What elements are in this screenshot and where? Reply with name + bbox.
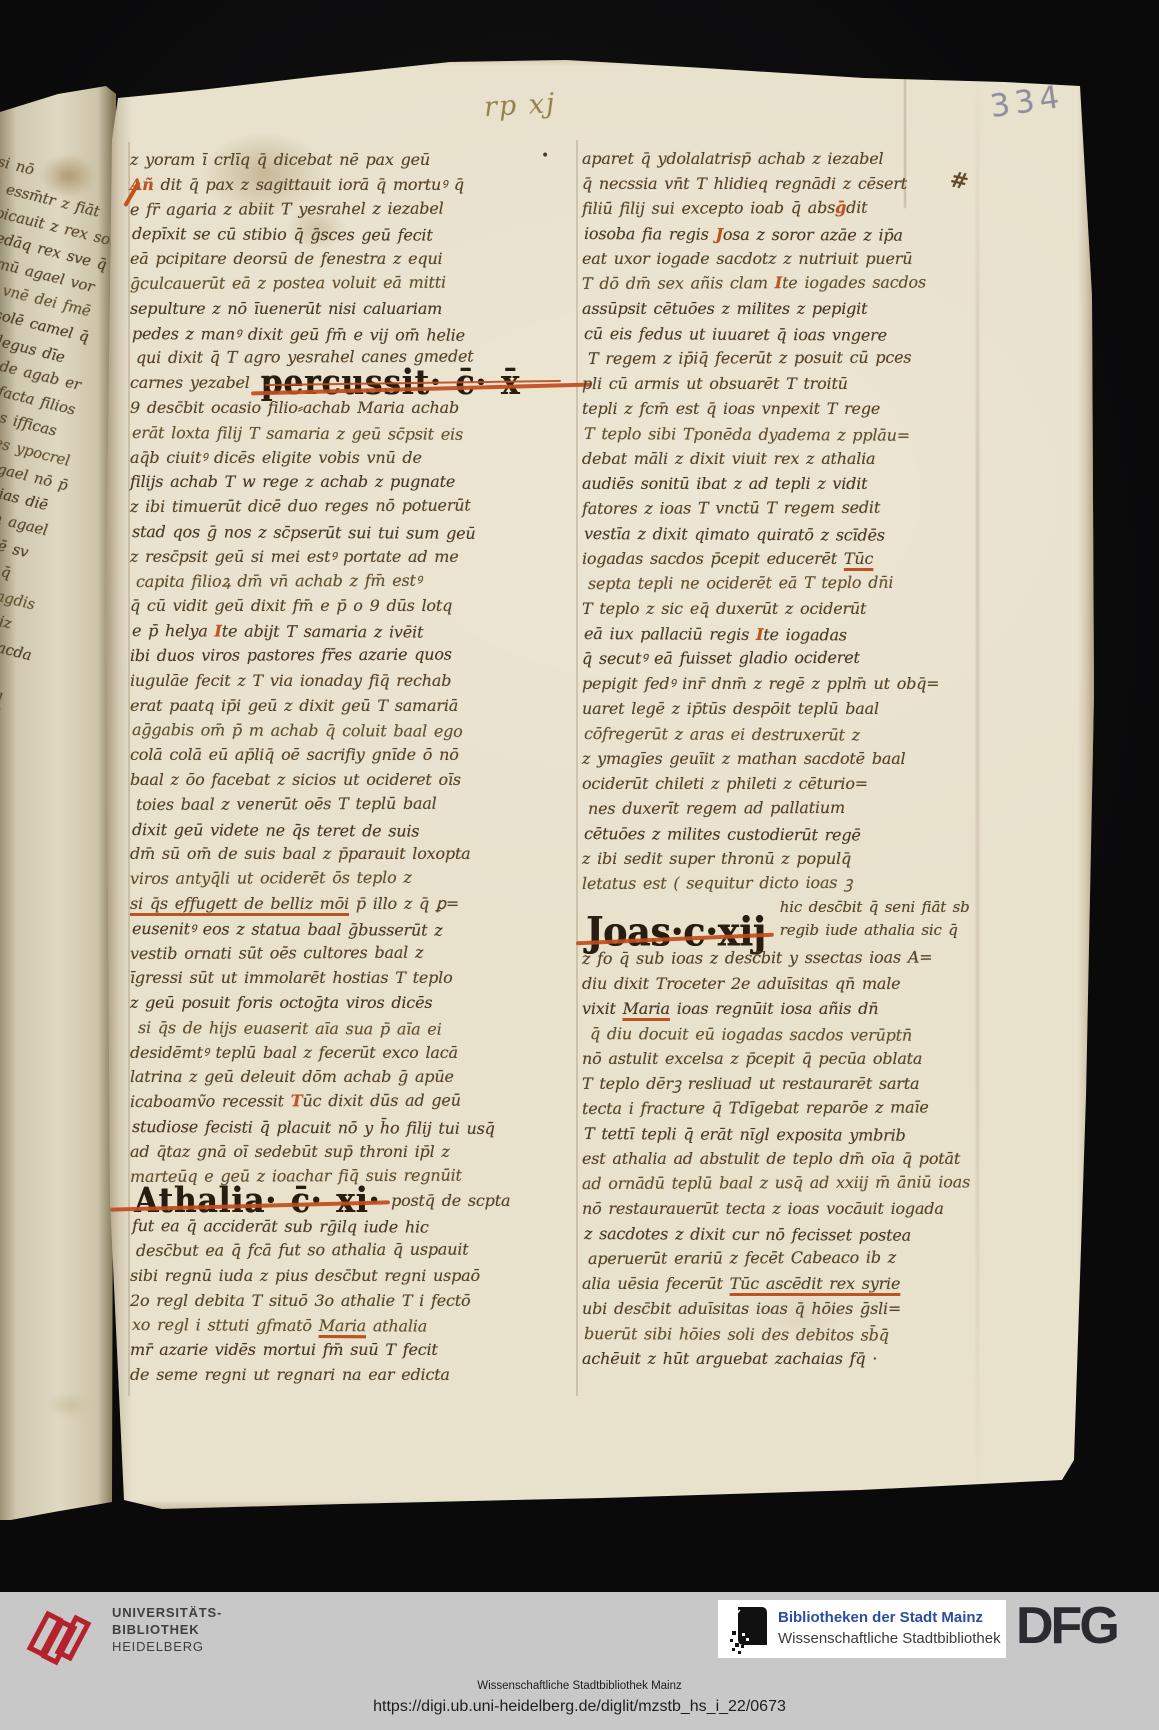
quire-mark: rp xj [483,88,557,123]
heidelberg-logo-text: UNIVERSITÄTS- BIBLIOTHEK HEIDELBERG [112,1604,222,1655]
manuscript-text-line: eat uxor iogade sacdotz z nutriuit puerū [582,246,1034,271]
manuscript-text-line: desc̄but ea q̄ fcā fut so athalia q̄ usp… [136,1237,570,1264]
manuscript-text-line: ubi desc̄bit aduīsitas ioas q̄ hōies ḡsl… [582,1296,1034,1321]
manuscript-text-line: nō restaurauerūt tecta z ioas vocāuit io… [582,1196,1034,1221]
page-right-edge-shading [1078,56,1096,1512]
manuscript-text-line: cōfregerūt z aras ei destruxerūt z [584,721,1036,748]
mainz-book-icon [728,1605,774,1655]
footer-bar: UNIVERSITÄTS- BIBLIOTHEK HEIDELBERG Bibl… [0,1592,1159,1730]
manuscript-text-line: z ibi sedit super thronū z populq̄ [582,846,1034,871]
manuscript-text-line: aḡgabis om̄ p̄ m achab q̄ coluit baal eg… [132,718,572,745]
page-top-edge-shading [104,56,1096,66]
manuscript-text-line: q̄ diu docuit eū iogadas sacdos verūptn̄ [590,1021,1036,1048]
manuscript-text-line: T teplo z sic eq̄ duxerūt z ociderūt [582,596,1034,621]
heidelberg-line2: BIBLIOTHEK [112,1621,222,1638]
manuscript-text-line: q̄ cū vidit geū dixit fm̄ e p̄ o 9 dūs l… [130,594,570,619]
manuscript-text-line: sibi regnū iuda z pius desc̄but regni us… [130,1264,570,1289]
heidelberg-line3: HEIDELBERG [112,1638,222,1655]
manuscript-text-line: capita filioꝝ dm̄ vn̄ achab z fm̄ estꝰ [136,568,570,595]
manuscript-text-line: mr̄ azarie vidēs mortui fm̄ suū T fecit [130,1338,570,1363]
manuscript-text-line: toies baal z venerūt oēs T teplū baal [136,791,570,818]
manuscript-text-line: aperuerūt erariū z fecēt Cabeaco ib z [588,1244,1034,1271]
manuscript-text-line: viros antyq̄li ut ociderēt ōs teplo z [130,865,570,892]
red-ink-initial: J [715,225,722,244]
manuscript-text-line: si q̄s de hijs euaserit aīa sua p̄ aīa e… [138,1016,572,1043]
digitized-manuscript-scan: hesi nōq̄ ē essm̄tr z fiātruspicauit z r… [0,0,1159,1730]
manuscript-text-line: q̄ necssia vn̄t T hlidieq regnādi z cēse… [582,171,1034,196]
facing-page-edge: hesi nōq̄ ē essm̄tr z fiātruspicauit z r… [0,84,116,1520]
manuscript-text-line: Añ dit q̄ pax z sagittauit iorā q̄ mortu… [130,173,570,198]
manuscript-text-line: est athalia ad abstulit de teplo dm̄ oīa… [582,1146,1034,1171]
manuscript-text-line: īgressi sūt ut immolarēt hostias T teplo [130,966,570,991]
manuscript-text-line: audiēs sonitū ibat z ad tepli z vidit [582,471,1034,496]
binding-thread [46,1392,96,1418]
manuscript-text-line: T dō dm̄ sex añis clam Ite iogades sacdo… [582,269,1034,296]
manuscript-text-line: achēuit z hūt arguebat zachaias fq̄ · [582,1346,1034,1371]
red-underlined-words: Tūc ascēdit rex syrie [730,1274,901,1293]
red-ink-initial: I [775,273,782,292]
mainz-library-logo: Bibliotheken der Stadt Mainz Wissenschaf… [718,1600,1006,1658]
manuscript-text-line: vixit Maria ioas regnūit iosa añis dn̄ [582,996,1034,1021]
manuscript-text-line: erāt loxta filij T samaria z geū sc̄psit… [132,421,572,448]
rubric-ioas: Joas·c·xijhic desc̄bit q̄ seni fiāt sbre… [582,896,1034,921]
manuscript-text-line: diu dixit Troceter 2e aduīsitas qn̄ male [582,971,1034,996]
manuscript-text-line: septa tepli ne ociderēt eā T teplo dn̄i [588,569,1034,596]
manuscript-text-line: z yoram ī crlīq q̄ dicebat nē pax geū [130,148,570,173]
manuscript-text-line: vestīa z dixit qimato quiratō z scīdēs [584,521,1036,548]
rubric-percussit: carnes yezabel percussit· c̄· x̄ [130,371,570,396]
pencil-folio-number: 334 [988,79,1066,125]
manuscript-text-line: ḡculcauerūt eā z postea voluit eā mitti [130,270,570,297]
manuscript-text-line: stad qos ḡ nos z sc̄pserūt sui tui sum g… [132,520,572,547]
manuscript-text-line: depīxit se cū stibio q̄ ḡsces geū fecit [132,222,572,249]
manuscript-text-line: z resc̄psit geū si mei estꝰ portate ad m… [130,545,570,570]
red-ink-initial: ḡ [835,198,846,217]
red-underlined-words: si q̄s effugett de belliz mōi [130,894,349,913]
red-underlined-words: Tūc [844,549,873,568]
red-ink-initial: I [214,622,221,641]
manuscript-page: rp xj 334 # • z yoram ī crlīq q̄ dicebat… [104,56,1096,1512]
red-underlined-words: Maria [623,999,670,1018]
manuscript-text-line: dixit geū videte ne q̄s teret de suis [132,818,572,845]
manuscript-text-line: T teplo sibi Tponēda dyadema z pplāu= [584,421,1036,448]
red-ink-initial: I [756,625,763,644]
manuscript-text-line: T tettī tepli q̄ erāt nīgl exposita ymbr… [584,1121,1036,1148]
ruling-line-center [576,140,578,1396]
manuscript-text-line: aq̄b ciuitꝰ dicēs eligite vobis vnū de [130,446,570,471]
manuscript-text-line: pli cū armis ut obsuarēt T troitū [582,371,1034,396]
manuscript-text-line: ociderūt chileti z phileti z cēturio= [582,771,1034,796]
manuscript-text-line: z ymagīes geuīit z mathan sacdotē baal [582,746,1034,771]
manuscript-text-line: baal z ōo facebat z sicios ut ocideret o… [130,768,570,793]
manuscript-text-line: e fr̄ agaria z abiit T yesrahel z iezabe… [130,196,570,223]
manuscript-text-line: nō astulit excelsa z p̄cepit q̄ pecūa ob… [582,1046,1034,1071]
manuscript-text-line: erat paatq ip̄i geū z dixit geū T samari… [130,694,570,719]
manuscript-text-line: iosoba fia regis Josa z soror azāe z ip̄… [584,221,1036,248]
text-before-rubric: carnes yezabel [130,373,257,392]
manuscript-text-line: iugulāe fecit z T via ionaday fiq̄ recha… [130,669,570,694]
manuscript-text-line: q̄ secutꝰ eā fuisset gladio ocideret [582,644,1034,671]
manuscript-text-line: colā colā eū ap̄liq̄ oē sacrifiy gnīde ō… [130,743,570,768]
manuscript-text-line: z fo q̄ sub ioas z desc̄bit y ssectas io… [582,944,1034,971]
manuscript-text-line: latrina z geū deleuit dōm achab ḡ apūe [130,1065,570,1090]
dfg-logo: DFG [1016,1596,1117,1656]
red-underlined-words: Maria [319,1316,366,1335]
manuscript-text-line: tecta i fracture q̄ Tdīgebat reparōe z m… [582,1094,1034,1121]
heidelberg-logo-icon [22,1600,106,1676]
manuscript-text-line: assūpsit cētuōes z milites z pepigit [582,296,1034,321]
manuscript-text-line: T regem z ip̄iq̄ fecerūt z posuit cū pce… [588,344,1034,371]
right-text-column: aparet q̄ ydolalatrisp̄ achab z iezabelq… [582,146,1034,1371]
manuscript-text-line: de seme regni ut regnari na ear edicta [130,1363,570,1388]
manuscript-text-line: studiose fecisti q̄ placuit nō y h̄o fil… [132,1115,572,1142]
manuscript-text-line: 2o regl debita T situō 3o athalie T i fe… [130,1289,570,1314]
manuscript-text-line: ad ornādū teplū baal z usq̄ ad xxiij m̄ … [582,1169,1034,1196]
manuscript-text-line: si q̄s effugett de belliz mōi p̄ illo z … [130,892,570,917]
manuscript-text-line: fatores z ioas T vnctū T regem sedit [582,494,1034,521]
manuscript-text-line: ad q̄taz gnā oī sedebūt sup̄ throni ip̄l… [130,1140,570,1165]
page-bottom-edge-shading [104,1500,1096,1512]
manuscript-text-line: z ibi timuerūt dicē duo reges nō potuerū… [130,493,570,520]
manuscript-text-line: T teplo dērꝫ resliuad ut restaurarēt sar… [582,1071,1034,1096]
manuscript-text-line: buerūt sibi hōies soli des debitos sb̄q̄ [584,1321,1036,1348]
facing-page-text: hesi nōq̄ ē essm̄tr z fiātruspicauit z r… [0,136,116,931]
heidelberg-line1: UNIVERSITÄTS- [112,1604,222,1621]
manuscript-text-line: filijs achab T w rege z achab z pugnate [130,470,570,495]
mainz-line2: Wissenschaftliche Stadtbibliothek [778,1630,1001,1647]
manuscript-text-line: pepigit fedꝰ inr̄ dnm̄ z regē z pplm̄ ut… [582,671,1034,696]
footer-caption: Wissenschaftliche Stadtbibliothek Mainz [0,1680,1159,1692]
manuscript-text-line: dm̄ sū om̄ de suis baal z p̄parauit loxo… [130,842,570,867]
manuscript-text-line: z geū posuit foris octoḡta viros dicēs [130,991,570,1016]
rubric-side-note-line: hic desc̄bit q̄ seni fiāt sb [780,896,970,919]
red-ink-initial: T [291,1092,303,1111]
rubric-athalia: Athalia· c̄· xi· postq̄ de scpta [130,1189,570,1214]
manuscript-text-line: sepulture z nō īuenerūt nisi caluariam [130,297,570,322]
manuscript-text-line: desidēmtꝰ teplū baal z fecerūt exco lacā [130,1041,570,1066]
manuscript-text-line: iogadas sacdos p̄cepit educerēt Tūc [582,546,1034,571]
manuscript-text-line: 9 desc̄bit ocasio filio⸗achab Maria acha… [130,396,570,421]
manuscript-text-line: debat māli z dixit viuit rex z athalia [582,446,1034,471]
photo-background: hesi nōq̄ ē essm̄tr z fiātruspicauit z r… [0,0,1159,1592]
manuscript-text-line: ibi duos viros pastores fr̄es azarie quo… [130,642,570,669]
mainz-line1: Bibliotheken der Stadt Mainz [778,1609,983,1626]
manuscript-text-line: tepli z fcm̄ est q̄ ioas vnpexit T rege [582,396,1034,421]
text-after-rubric: postq̄ de scpta [384,1191,510,1210]
manuscript-text-line: alia uēsia fecerūt Tūc ascēdit rex syrie [582,1271,1034,1296]
manuscript-text-line: nes duxerīt regem ad pallatium [588,794,1034,821]
footer-url: https://digi.ub.uni-heidelberg.de/diglit… [0,1698,1159,1716]
manuscript-text-line: uaret legē z ip̄tūs despōit teplū baal [582,696,1034,721]
manuscript-text-line: cētuōes z milites custodierūt regē [584,821,1036,848]
manuscript-text-line: letatus est ( sequitur dicto ioas ꝫ [582,869,1034,896]
manuscript-text-line: filiū filij sui excepto ioab q̄ absḡdit [582,194,1034,221]
manuscript-text-line: icaboamṽo recessit Tūc dixit dūs ad geū [130,1088,570,1115]
manuscript-text-line: aparet q̄ ydolalatrisp̄ achab z iezabel [582,146,1034,171]
manuscript-text-line: xo regl i sttuti gfmatō Maria athalia [132,1313,572,1340]
manuscript-text-line: vestib ornati sūt oēs cultores baal z [130,940,570,967]
left-text-column: z yoram ī crlīq q̄ dicebat nē pax geūAñ … [130,148,570,1388]
red-ink-initial: Añ [130,175,154,194]
manuscript-text-line: eā pcipitare deorsū de fenestra z equi [130,247,570,272]
